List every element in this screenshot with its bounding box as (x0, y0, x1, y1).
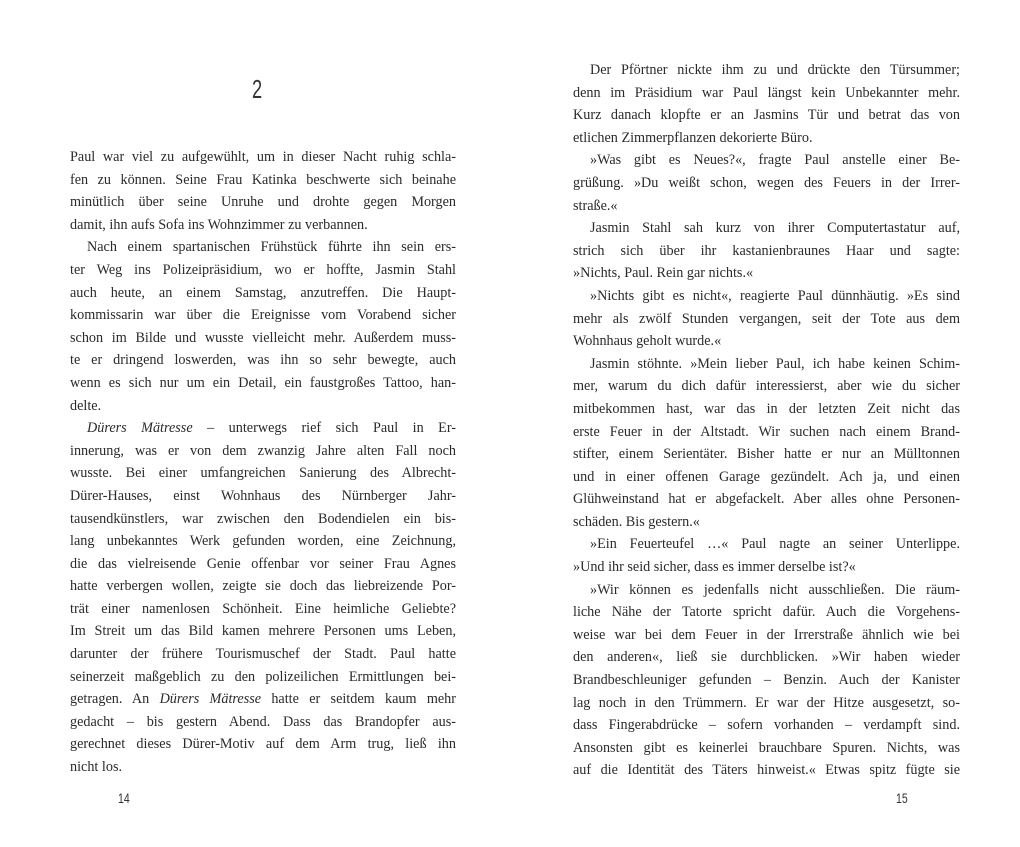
text-line: etlichen Zimmerpflanzen dekorierte Büro. (573, 127, 960, 150)
text-line: »Was gibt es Neues?«, fragte Paul anstel… (573, 149, 960, 172)
text-line: lag noch in den Trümmern. Er war der Hit… (573, 692, 960, 715)
text-line: Dürer-Hauses, einst Wohnhaus des Nürnber… (70, 485, 456, 508)
text-line: denn im Präsidium war Paul längst kein U… (573, 82, 960, 105)
text-line: die das vielreisende Genie offenbar vor … (70, 553, 456, 576)
text-line: wenn es sich nur um ein Detail, ein faus… (70, 372, 456, 395)
text-line: Wohnhaus geholt wurde.« (573, 330, 960, 353)
text-line: grüßung. »Du weißt schon, wegen des Feue… (573, 172, 960, 195)
text-line: den anderen«, ließ sie durchblicken. »Wi… (573, 646, 960, 669)
text-line: ter Weg ins Polizeipräsidium, wo er hoff… (70, 259, 456, 282)
text-line: »Ein Feuerteufel …« Paul nagte an seiner… (573, 533, 960, 556)
text-line: Dürers Mätresse – unterwegs rief sich Pa… (70, 417, 456, 440)
italic-title: Dürers Mätresse (87, 420, 193, 436)
text-line: »Nichts gibt es nicht«, reagierte Paul d… (573, 285, 960, 308)
text-line: mitbekommen hast, war das in der letzten… (573, 398, 960, 421)
text-line: gerechnet dieses Dürer-Motiv auf dem Arm… (70, 733, 456, 756)
text-line: Paul war viel zu aufgewühlt, um in diese… (70, 146, 456, 169)
text-line: auf die Identität des Täters hinweist.« … (573, 759, 960, 782)
text-line: minütlich über seine Unruhe und drohte g… (70, 191, 456, 214)
text-line: Ansonsten gibt es keinerlei brauchbare S… (573, 737, 960, 760)
left-page: 2 Paul war viel zu aufgewühlt, um in die… (0, 0, 510, 847)
text-line: Jasmin Stahl sah kurz von ihrer Computer… (573, 217, 960, 240)
text-line: Brandbeschleuniger gefunden – Benzin. Au… (573, 669, 960, 692)
text-line: stifter, einem Serientäter. Bisher hatte… (573, 443, 960, 466)
text-line: trät einer namenlosen Schönheit. Eine he… (70, 598, 456, 621)
italic-title: Dürers Mätresse (160, 691, 261, 707)
right-page-body: Der Pförtner nickte ihm zu und drückte d… (573, 59, 960, 782)
chapter-number-text: 2 (252, 74, 262, 105)
left-page-body: Paul war viel zu aufgewühlt, um in diese… (70, 146, 456, 779)
text-line: Jasmin stöhnte. »Mein lieber Paul, ich h… (573, 353, 960, 376)
text-line: dass Fingerabdrücke – sofern vorhanden –… (573, 714, 960, 737)
text-line: lang unbekanntes Werk gefunden worden, e… (70, 530, 456, 553)
text-line: »Und ihr seid sicher, dass es immer ders… (573, 556, 960, 579)
text-line: schon im Bilde und wusste vielleicht meh… (70, 327, 456, 350)
text-line: strich sich über ihr kastanienbraunes Ha… (573, 240, 960, 263)
text-line: delte. (70, 395, 456, 418)
text-line: und in einer offenen Garage gezündelt. A… (573, 466, 960, 489)
page-number-right: 15 (896, 790, 908, 806)
text-line: straße.« (573, 195, 960, 218)
text-line: innerung, was er von dem zwanzig Jahre a… (70, 440, 456, 463)
text-line: liche Nähe der Tatorte spricht dafür. Au… (573, 601, 960, 624)
text-line: mehr als zwölf Stunden vergangen, seit d… (573, 308, 960, 331)
text-line: kommissarin war über die Ereignisse vom … (70, 304, 456, 327)
text-line: Glühweinstand hat er abgefackelt. Aber a… (573, 488, 960, 511)
text-line: fen zu können. Seine Frau Katinka beschw… (70, 169, 456, 192)
text-line: auch heute, an einem Samstag, anzutreffe… (70, 282, 456, 305)
text-line: seinerzeit maßgeblich zu den polizeilich… (70, 666, 456, 689)
text-line: erste Feuer in der Altstadt. Wir suchen … (573, 421, 960, 444)
text-line: schäden. Bis gestern.« (573, 511, 960, 534)
text-line: wusste. Bei einer umfangreichen Sanierun… (70, 462, 456, 485)
text-line: damit, ihn aufs Sofa ins Wohnzimmer zu v… (70, 214, 456, 237)
text-line: te er dringend loswerden, was ihn so seh… (70, 349, 456, 372)
text-line: Im Streit um das Bild kamen mehrere Pers… (70, 620, 456, 643)
text-line: gedacht – bis gestern Abend. Dass das Br… (70, 711, 456, 734)
text-line: Nach einem spartanischen Frühstück führt… (70, 236, 456, 259)
text-line: hatte verbergen wollen, zeigte sie doch … (70, 575, 456, 598)
text-line: mer, warum du dich dafür interessierst, … (573, 375, 960, 398)
text-line: darunter der frühere Tourismuschef der S… (70, 643, 456, 666)
right-page: Der Pförtner nickte ihm zu und drückte d… (510, 0, 1020, 847)
text-line: getragen. An Dürers Mätresse hatte er se… (70, 688, 456, 711)
text-line: Der Pförtner nickte ihm zu und drückte d… (573, 59, 960, 82)
text-line: »Wir können es jedenfalls nicht ausschli… (573, 579, 960, 602)
text-line: tausendkünstlers, war zwischen den Boden… (70, 508, 456, 531)
text-line: Kurz danach klopfte er an Jasmins Tür un… (573, 104, 960, 127)
page-number-left: 14 (118, 790, 130, 806)
text-line: nicht los. (70, 756, 456, 779)
text-line: weise war bei dem Feuer in der Irrerstra… (573, 624, 960, 647)
text-line: »Nichts, Paul. Rein gar nichts.« (573, 262, 960, 285)
